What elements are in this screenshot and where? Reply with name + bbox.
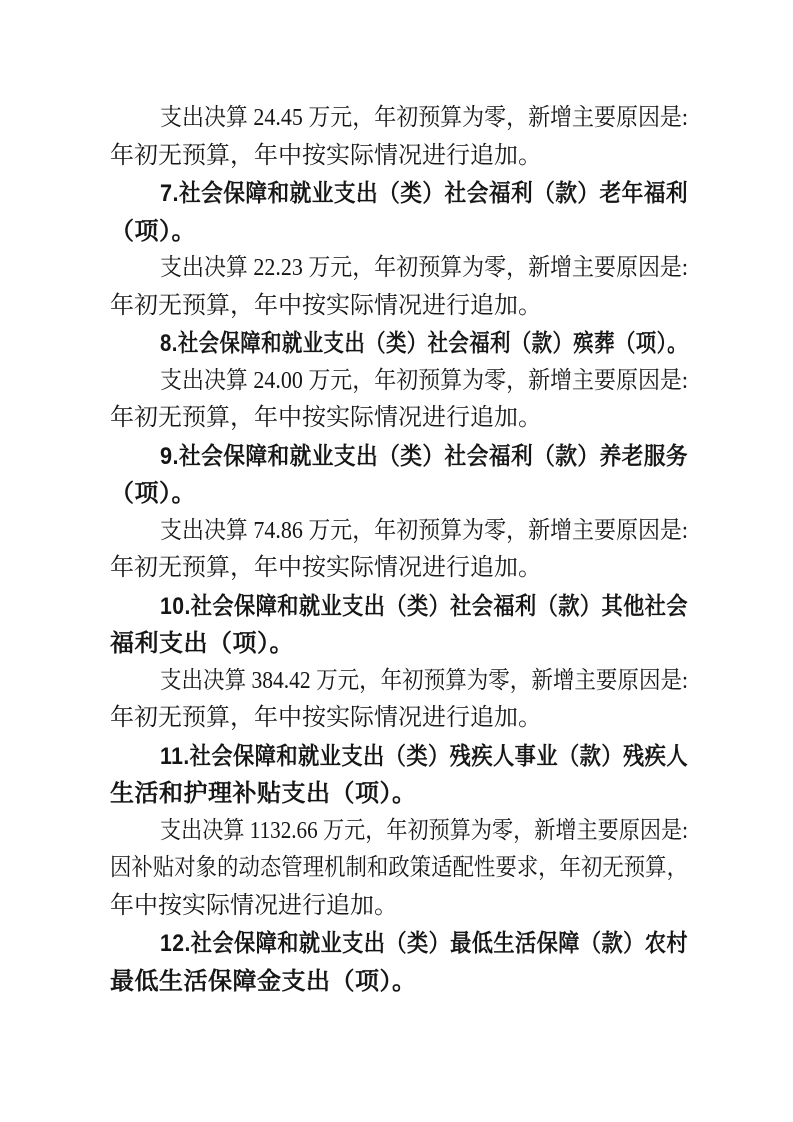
document-page: 支出决算 24.45 万元，年初预算为零，新增主要原因是:年初无预算，年中按实际…	[0, 0, 793, 1122]
body-line-text: 年初无预算，年中按实际情况进行追加。	[110, 288, 542, 326]
text-line: 支出决算 24.45 万元，年初预算为零，新增主要原因是:	[110, 100, 688, 138]
heading-paragraph: 7.社会保障和就业支出（类）社会福利（款）老年福利（项）。	[110, 175, 688, 250]
body-line-text: 支出决算 1132.66 万元，年初预算为零，新增主要原因是:	[160, 813, 688, 851]
text-line: 年初无预算，年中按实际情况进行追加。	[110, 400, 688, 438]
body-paragraph: 支出决算 384.42 万元，年初预算为零，新增主要原因是:年初无预算，年中按实…	[110, 663, 688, 738]
heading-line-text: 7.社会保障和就业支出（类）社会福利（款）老年福利	[160, 175, 688, 213]
text-line: 支出决算 74.86 万元，年初预算为零，新增主要原因是:	[110, 513, 688, 551]
text-line: 生活和护理补贴支出（项）。	[110, 775, 688, 813]
text-line: 最低生活保障金支出（项）。	[110, 963, 688, 1001]
text-line: 10.社会保障和就业支出（类）社会福利（款）其他社会	[110, 588, 688, 626]
body-line-text: 支出决算 22.23 万元，年初预算为零，新增主要原因是:	[160, 250, 688, 288]
body-paragraph: 支出决算 1132.66 万元，年初预算为零，新增主要原因是:因补贴对象的动态管…	[110, 813, 688, 926]
text-line: 支出决算 384.42 万元，年初预算为零，新增主要原因是:	[110, 663, 688, 701]
heading-line-text: （项）。	[110, 213, 196, 251]
heading-line-text: （项）。	[110, 475, 196, 513]
body-line-text: 因补贴对象的动态管理机制和政策适配性要求，年初无预算，	[110, 850, 688, 888]
body-paragraph: 支出决算 22.23 万元，年初预算为零，新增主要原因是:年初无预算，年中按实际…	[110, 250, 688, 325]
text-line: （项）。	[110, 213, 688, 251]
text-line: 7.社会保障和就业支出（类）社会福利（款）老年福利	[110, 175, 688, 213]
text-line: 8.社会保障和就业支出（类）社会福利（款）殡葬（项）。	[110, 325, 688, 363]
body-paragraph: 支出决算 24.00 万元，年初预算为零，新增主要原因是:年初无预算，年中按实际…	[110, 363, 688, 438]
heading-line-text: 11.社会保障和就业支出（类）残疾人事业（款）残疾人	[160, 738, 688, 776]
text-line: 年初无预算，年中按实际情况进行追加。	[110, 550, 688, 588]
text-line: 9.社会保障和就业支出（类）社会福利（款）养老服务	[110, 438, 688, 476]
body-line-text: 支出决算 24.45 万元，年初预算为零，新增主要原因是:	[160, 100, 688, 138]
body-line-text: 年初无预算，年中按实际情况进行追加。	[110, 138, 542, 176]
body-line-text: 年初无预算，年中按实际情况进行追加。	[110, 550, 542, 588]
heading-paragraph: 10.社会保障和就业支出（类）社会福利（款）其他社会福利支出（项）。	[110, 588, 688, 663]
heading-line-text: 9.社会保障和就业支出（类）社会福利（款）养老服务	[160, 438, 688, 476]
text-line: 11.社会保障和就业支出（类）残疾人事业（款）残疾人	[110, 738, 688, 776]
text-line: 年中按实际情况进行追加。	[110, 888, 688, 926]
body-paragraph: 支出决算 74.86 万元，年初预算为零，新增主要原因是:年初无预算，年中按实际…	[110, 513, 688, 588]
heading-line-text: 福利支出（项）。	[110, 625, 294, 663]
heading-paragraph: 8.社会保障和就业支出（类）社会福利（款）殡葬（项）。	[110, 325, 688, 363]
heading-paragraph: 11.社会保障和就业支出（类）残疾人事业（款）残疾人生活和护理补贴支出（项）。	[110, 738, 688, 813]
text-line: 年初无预算，年中按实际情况进行追加。	[110, 700, 688, 738]
heading-line-text: 8.社会保障和就业支出（类）社会福利（款）殡葬（项）。	[160, 325, 688, 363]
body-paragraph: 支出决算 24.45 万元，年初预算为零，新增主要原因是:年初无预算，年中按实际…	[110, 100, 688, 175]
body-line-text: 年初无预算，年中按实际情况进行追加。	[110, 400, 542, 438]
document-content: 支出决算 24.45 万元，年初预算为零，新增主要原因是:年初无预算，年中按实际…	[110, 100, 688, 1000]
text-line: 因补贴对象的动态管理机制和政策适配性要求，年初无预算，	[110, 850, 688, 888]
heading-line-text: 最低生活保障金支出（项）。	[110, 963, 417, 1001]
body-line-text: 年初无预算，年中按实际情况进行追加。	[110, 700, 542, 738]
heading-paragraph: 12.社会保障和就业支出（类）最低生活保障（款）农村最低生活保障金支出（项）。	[110, 925, 688, 1000]
heading-line-text: 生活和护理补贴支出（项）。	[110, 775, 417, 813]
text-line: 年初无预算，年中按实际情况进行追加。	[110, 288, 688, 326]
text-line: 福利支出（项）。	[110, 625, 688, 663]
heading-line-text: 12.社会保障和就业支出（类）最低生活保障（款）农村	[160, 925, 688, 963]
text-line: 年初无预算，年中按实际情况进行追加。	[110, 138, 688, 176]
text-line: （项）。	[110, 475, 688, 513]
text-line: 支出决算 22.23 万元，年初预算为零，新增主要原因是:	[110, 250, 688, 288]
heading-paragraph: 9.社会保障和就业支出（类）社会福利（款）养老服务（项）。	[110, 438, 688, 513]
text-line: 支出决算 24.00 万元，年初预算为零，新增主要原因是:	[110, 363, 688, 401]
text-line: 支出决算 1132.66 万元，年初预算为零，新增主要原因是:	[110, 813, 688, 851]
text-line: 12.社会保障和就业支出（类）最低生活保障（款）农村	[110, 925, 688, 963]
body-line-text: 年中按实际情况进行追加。	[110, 888, 398, 926]
heading-line-text: 10.社会保障和就业支出（类）社会福利（款）其他社会	[160, 588, 688, 626]
body-line-text: 支出决算 24.00 万元，年初预算为零，新增主要原因是:	[160, 363, 688, 401]
body-line-text: 支出决算 74.86 万元，年初预算为零，新增主要原因是:	[160, 513, 688, 551]
body-line-text: 支出决算 384.42 万元，年初预算为零，新增主要原因是:	[160, 663, 688, 701]
